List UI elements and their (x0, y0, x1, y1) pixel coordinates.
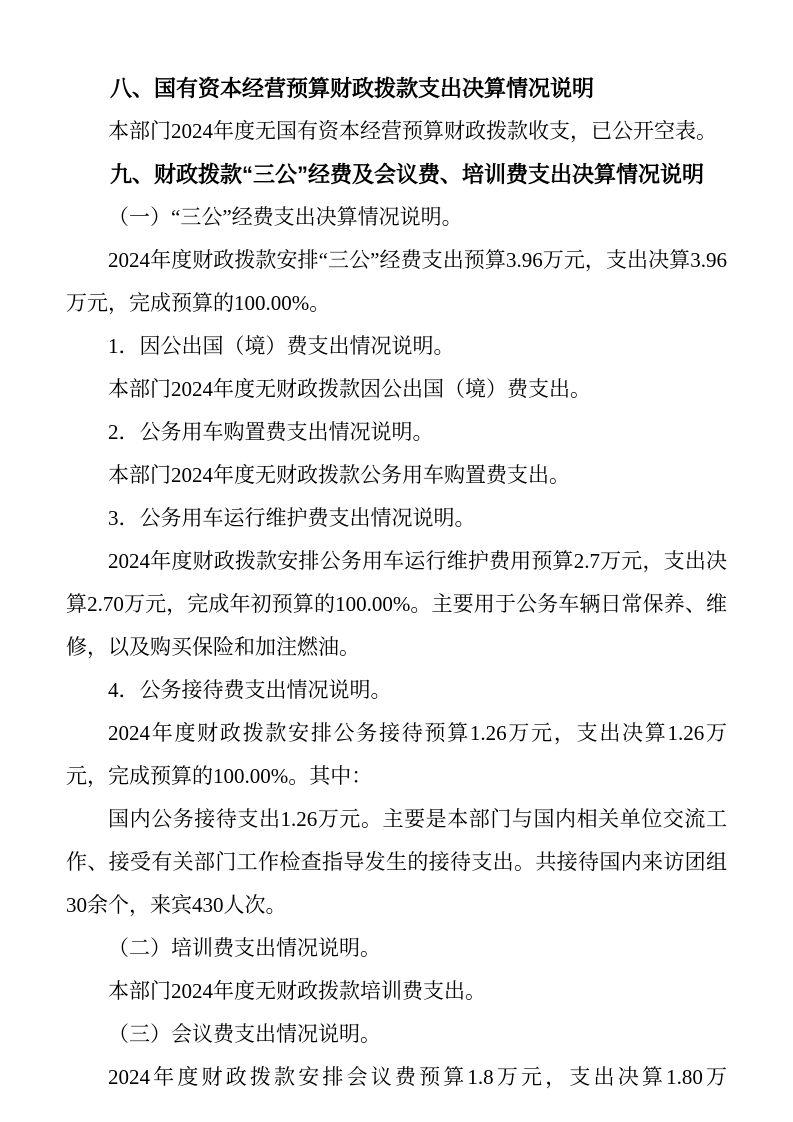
paragraph: （一）“三公”经费支出决算情况说明。 (66, 196, 727, 239)
paragraph: 2024年度财政拨款安排公务用车运行维护费用预算2.7万元，支出决算2.70万元… (66, 540, 727, 669)
section-heading: 九、财政拨款“三公”经费及会议费、培训费支出决算情况说明 (66, 153, 727, 196)
document-page: 八、国有资本经营预算财政拨款支出决算情况说明本部门2024年度无国有资本经营预算… (0, 0, 793, 1122)
paragraph: 3．公务用车运行维护费支出情况说明。 (66, 497, 727, 540)
paragraph: （三）会议费支出情况说明。 (66, 1013, 727, 1056)
section-heading: 八、国有资本经营预算财政拨款支出决算情况说明 (66, 67, 727, 110)
paragraph: 本部门2024年度无国有资本经营预算财政拨款收支，已公开空表。 (66, 110, 727, 153)
paragraph: 4．公务接待费支出情况说明。 (66, 669, 727, 712)
paragraph: 本部门2024年度无财政拨款培训费支出。 (66, 970, 727, 1013)
paragraph: （二）培训费支出情况说明。 (66, 927, 727, 970)
paragraph: 2．公务用车购置费支出情况说明。 (66, 411, 727, 454)
paragraph: 2024年度财政拨款安排会议费预算1.8万元，支出决算1.80万 (66, 1056, 727, 1099)
paragraph: 1．因公出国（境）费支出情况说明。 (66, 325, 727, 368)
paragraph: 本部门2024年度无财政拨款公务用车购置费支出。 (66, 454, 727, 497)
paragraph: 2024年度财政拨款安排公务接待预算1.26万元，支出决算1.26万元，完成预算… (66, 712, 727, 798)
paragraph: 本部门2024年度无财政拨款因公出国（境）费支出。 (66, 368, 727, 411)
paragraph: 国内公务接待支出1.26万元。主要是本部门与国内相关单位交流工作、接受有关部门工… (66, 798, 727, 927)
paragraph: 2024年度财政拨款安排“三公”经费支出预算3.96万元，支出决算3.96万元，… (66, 239, 727, 325)
